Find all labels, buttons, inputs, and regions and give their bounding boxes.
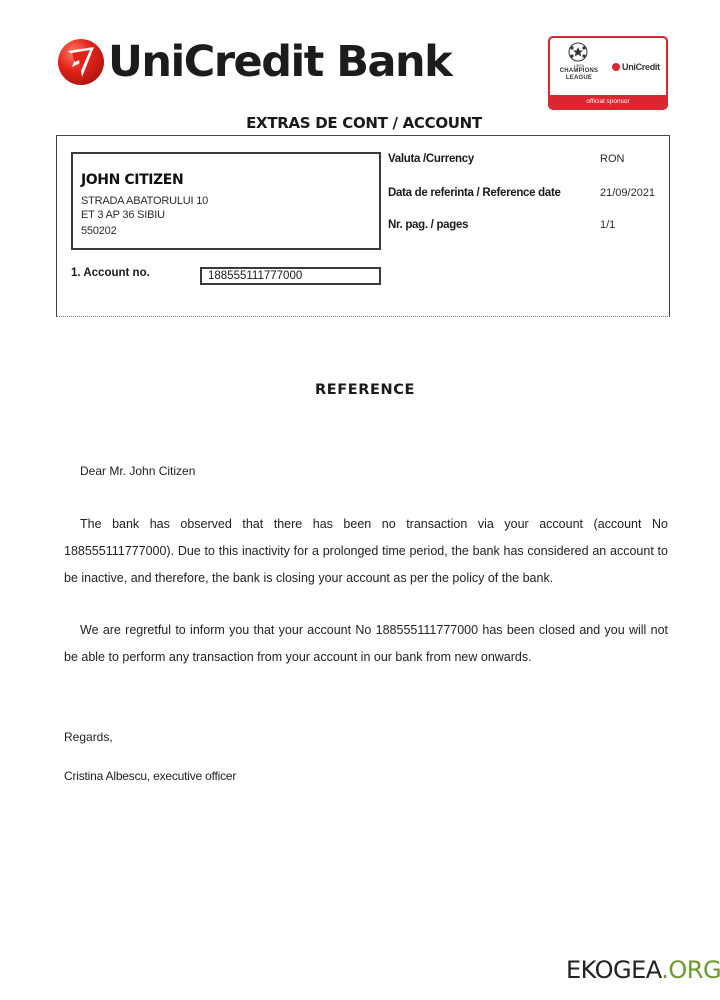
watermark-part-2: .ORG (661, 956, 720, 984)
watermark-part-1: EKOGEA (566, 956, 661, 984)
letter-signature: Cristina Albescu, executive officer (64, 769, 236, 783)
partner-name: UniCredit (622, 62, 660, 72)
champions-league-sponsor-badge: UEFA CHAMPIONS LEAGUE UniCredit official… (548, 36, 668, 110)
letter-heading: REFERENCE (0, 382, 720, 398)
letter-paragraph-2: We are regretful to inform you that your… (64, 617, 668, 671)
watermark: EKOGEA.ORG (566, 956, 720, 984)
letter-closing: Regards, (64, 730, 113, 744)
champions-league-starball-icon (568, 42, 588, 62)
letter-salutation: Dear Mr. John Citizen (80, 464, 195, 478)
address-line: STRADA ABATORULUI 10 (81, 195, 208, 207)
champions-league-label: CHAMPIONS LEAGUE (554, 68, 604, 82)
document-title: EXTRAS DE CONT / ACCOUNT (0, 114, 720, 132)
address-postcode: 550202 (81, 225, 117, 237)
reference-date-value: 21/09/2021 (600, 187, 655, 199)
customer-name: JOHN CITIZEN (81, 172, 183, 188)
account-number-label: 1. Account no. (71, 267, 150, 279)
pages-value: 1/1 (600, 219, 615, 231)
unicredit-ball-icon (58, 39, 104, 85)
official-sponsor-band: official sponsor (550, 95, 666, 108)
account-number-field: 188555111777000 (200, 267, 381, 285)
customer-address-box: JOHN CITIZEN STRADA ABATORULUI 10 ET 3 A… (71, 152, 381, 250)
currency-label: Valuta /Currency (388, 153, 474, 165)
logo-text: UniCredit Bank (108, 41, 451, 84)
letter-paragraph-1: The bank has observed that there has bee… (64, 511, 668, 592)
address-line: ET 3 AP 36 SIBIU (81, 209, 165, 221)
unicredit-bank-logo: UniCredit Bank (58, 36, 451, 88)
unicredit-mini-logo: UniCredit (612, 62, 660, 72)
reference-date-label: Data de referinta / Reference date (388, 187, 561, 199)
league-line-1: CHAMPIONS (554, 68, 604, 75)
unicredit-mini-ball-icon (612, 63, 620, 71)
league-line-2: LEAGUE (554, 75, 604, 82)
pages-label: Nr. pag. / pages (388, 219, 468, 231)
currency-value: RON (600, 153, 624, 165)
